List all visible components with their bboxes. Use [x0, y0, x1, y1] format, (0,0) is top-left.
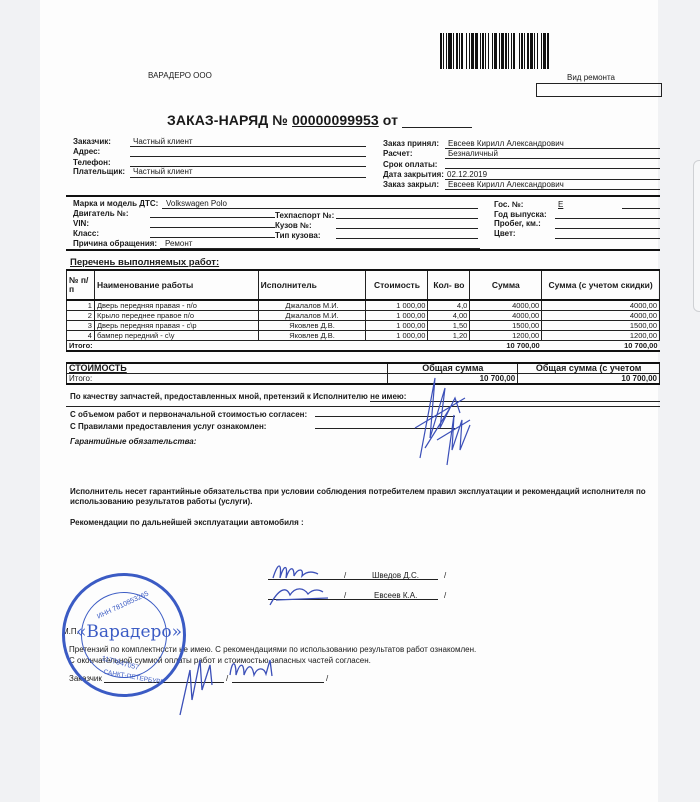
address-label: Адрес: [73, 147, 100, 157]
work-name: Крыло переднее правое п/о [94, 311, 258, 321]
recommendations-label: Рекомендации по дальнейшей эксплуатации … [70, 518, 304, 528]
col-work-name: Наименование работы [94, 270, 258, 300]
cost-total-discount: 10 700,00 [518, 374, 660, 385]
body-label: Кузов №: [275, 221, 312, 231]
works-table: № п/п Наименование работы Исполнитель Ст… [66, 269, 660, 352]
accepted-label: Заказ принял: [383, 139, 439, 149]
row-number: 4 [67, 331, 95, 341]
slash: / [444, 591, 446, 601]
barcode [440, 33, 634, 69]
slash: / [444, 571, 446, 581]
total-sum-discount: 10 700,00 [542, 341, 660, 352]
customer-label: Заказчик: [73, 137, 111, 147]
reason-label: Причина обращения: [73, 239, 157, 249]
payer-value: Частный клиент [133, 167, 193, 177]
sum: 1500,00 [470, 321, 542, 331]
passport-label: Техпаспорт №: [275, 211, 334, 221]
total-label: Итого: [67, 341, 428, 352]
worker-name: Яковлев Д.В. [258, 321, 366, 331]
company-name: ВАРАДЕРО ООО [148, 71, 212, 81]
sum: 4000,00 [470, 300, 542, 311]
body-line [336, 228, 478, 229]
vin-label: VIN: [73, 219, 89, 229]
row-number: 2 [67, 311, 95, 321]
scrollbar[interactable] [693, 160, 700, 312]
cost-total-label: Итого: [67, 374, 388, 385]
sum-discount: 1200,00 [542, 331, 660, 341]
sum-discount: 4000,00 [542, 300, 660, 311]
payment-label: Расчет: [383, 149, 413, 159]
sum-discount: 1500,00 [542, 321, 660, 331]
warranty-text: Исполнитель несет гарантийные обязательс… [70, 487, 662, 507]
slash: / [326, 674, 328, 684]
payer-label: Плательщик: [73, 167, 125, 177]
color-line [555, 238, 660, 239]
body-type-line [336, 238, 478, 239]
table-row: 1Дверь передняя правая - п/оДжалалов М.И… [67, 300, 660, 311]
col-number: № п/п [67, 270, 95, 300]
work-name: Дверь передняя правая - с\р [94, 321, 258, 331]
col-worker: Исполнитель [258, 270, 366, 300]
due-line [445, 168, 660, 169]
worker-name: Джалалов М.И. [258, 300, 366, 311]
price: 1 000,00 [366, 311, 428, 321]
price: 1 000,00 [366, 321, 428, 331]
col-qty: Кол- во [428, 270, 470, 300]
quantity: 4,00 [428, 311, 470, 321]
payment-line [445, 158, 660, 159]
document-page: Вид ремонта ВАРАДЕРО ООО ЗАКАЗ-НАРЯД № 0… [40, 0, 658, 802]
model-line [162, 208, 478, 209]
model-label: Марка и модель ДТС: [73, 199, 158, 209]
customer-line [130, 146, 366, 147]
address-line [130, 156, 366, 157]
engine-line [150, 217, 275, 218]
page-title: ЗАКАЗ-НАРЯД № 00000099953 от [167, 112, 472, 128]
plate-value: Е [558, 200, 563, 210]
order-date-field [402, 127, 472, 128]
passport-line [336, 218, 478, 219]
warranty-title: Гарантийные обязательства: [70, 437, 196, 447]
divider [66, 406, 660, 407]
quantity: 4,0 [428, 300, 470, 311]
cost-title: СТОИМОСТЬ [67, 363, 388, 374]
col-sum-discount: Сумма (с учетом скидки) [542, 270, 660, 300]
plate-line [622, 208, 660, 209]
sum: 1200,00 [470, 331, 542, 341]
repair-type-label: Вид ремонта [567, 73, 615, 83]
work-name: Дверь передняя правая - п/о [94, 300, 258, 311]
closed-by-label: Заказ закрыл: [383, 180, 439, 190]
class-label: Класс: [73, 229, 99, 239]
due-label: Срок оплаты: [383, 160, 437, 170]
title-prefix: ЗАКАЗ-НАРЯД № [167, 112, 288, 128]
closed-by-line [445, 189, 660, 190]
price: 1 000,00 [366, 300, 428, 311]
table-row: 3Дверь передняя правая - с\рЯковлев Д.В.… [67, 321, 660, 331]
closed-date-label: Дата закрытия: [383, 170, 444, 180]
mileage-line [555, 228, 660, 229]
sum-discount: 4000,00 [542, 311, 660, 321]
col-sum: Сумма [470, 270, 542, 300]
cost-col-total-discount: Общая сумма (с учетом [518, 363, 660, 374]
total-sum: 10 700,00 [470, 341, 542, 352]
divider [66, 249, 660, 251]
customer-final-signature-scribble [170, 630, 300, 720]
repair-type-field [536, 83, 662, 97]
mileage-label: Пробег, км.: [494, 219, 541, 229]
worker-name: Яковлев Д.В. [258, 331, 366, 341]
divider [66, 195, 660, 197]
sum: 4000,00 [470, 311, 542, 321]
master-signature-scribble [268, 560, 348, 610]
row-number: 3 [67, 321, 95, 331]
color-label: Цвет: [494, 229, 516, 239]
cost-table: СТОИМОСТЬ Общая сумма Общая сумма (с уче… [66, 362, 660, 385]
body-type-label: Тип кузова: [275, 231, 321, 241]
date-prefix: от [383, 112, 398, 128]
table-row: 4бампер передний - с\уЯковлев Д.В.1 000,… [67, 331, 660, 341]
works-table-header: № п/п Наименование работы Исполнитель Ст… [67, 270, 660, 300]
master-name: Шведов Д.С. [372, 571, 419, 581]
manager-name: Евсеев К.А. [374, 591, 417, 601]
year-line [555, 218, 660, 219]
worker-name: Джалалов М.И. [258, 311, 366, 321]
customer-signature-scribble [432, 410, 472, 470]
works-section-title: Перечень выполняемых работ: [70, 257, 219, 268]
no-claims-statement: По качеству запчастей, предоставленных м… [70, 392, 406, 402]
company-stamp: ИНН 7810853265 «Варадеро» 1177847057 САН… [62, 573, 186, 697]
rules-statement: С Правилами предоставления услуг ознаком… [70, 422, 266, 432]
payer-line [130, 177, 366, 178]
price: 1 000,00 [366, 331, 428, 341]
agree-scope-statement: С объемом работ и первоначальной стоимос… [70, 410, 307, 420]
quantity: 1,20 [428, 331, 470, 341]
row-number: 1 [67, 300, 95, 311]
quantity: 1,50 [428, 321, 470, 331]
table-row: 2Крыло переднее правое п/оДжалалов М.И.1… [67, 311, 660, 321]
col-price: Стоимость [366, 270, 428, 300]
works-total-row: Итого: 10 700,00 10 700,00 [67, 341, 660, 352]
order-number: 00000099953 [292, 112, 379, 128]
class-line [150, 237, 275, 238]
vin-line [150, 227, 275, 228]
plate-label: Гос. №: [494, 200, 523, 210]
engine-label: Двигатель №: [73, 209, 129, 219]
work-name: бампер передний - с\у [94, 331, 258, 341]
